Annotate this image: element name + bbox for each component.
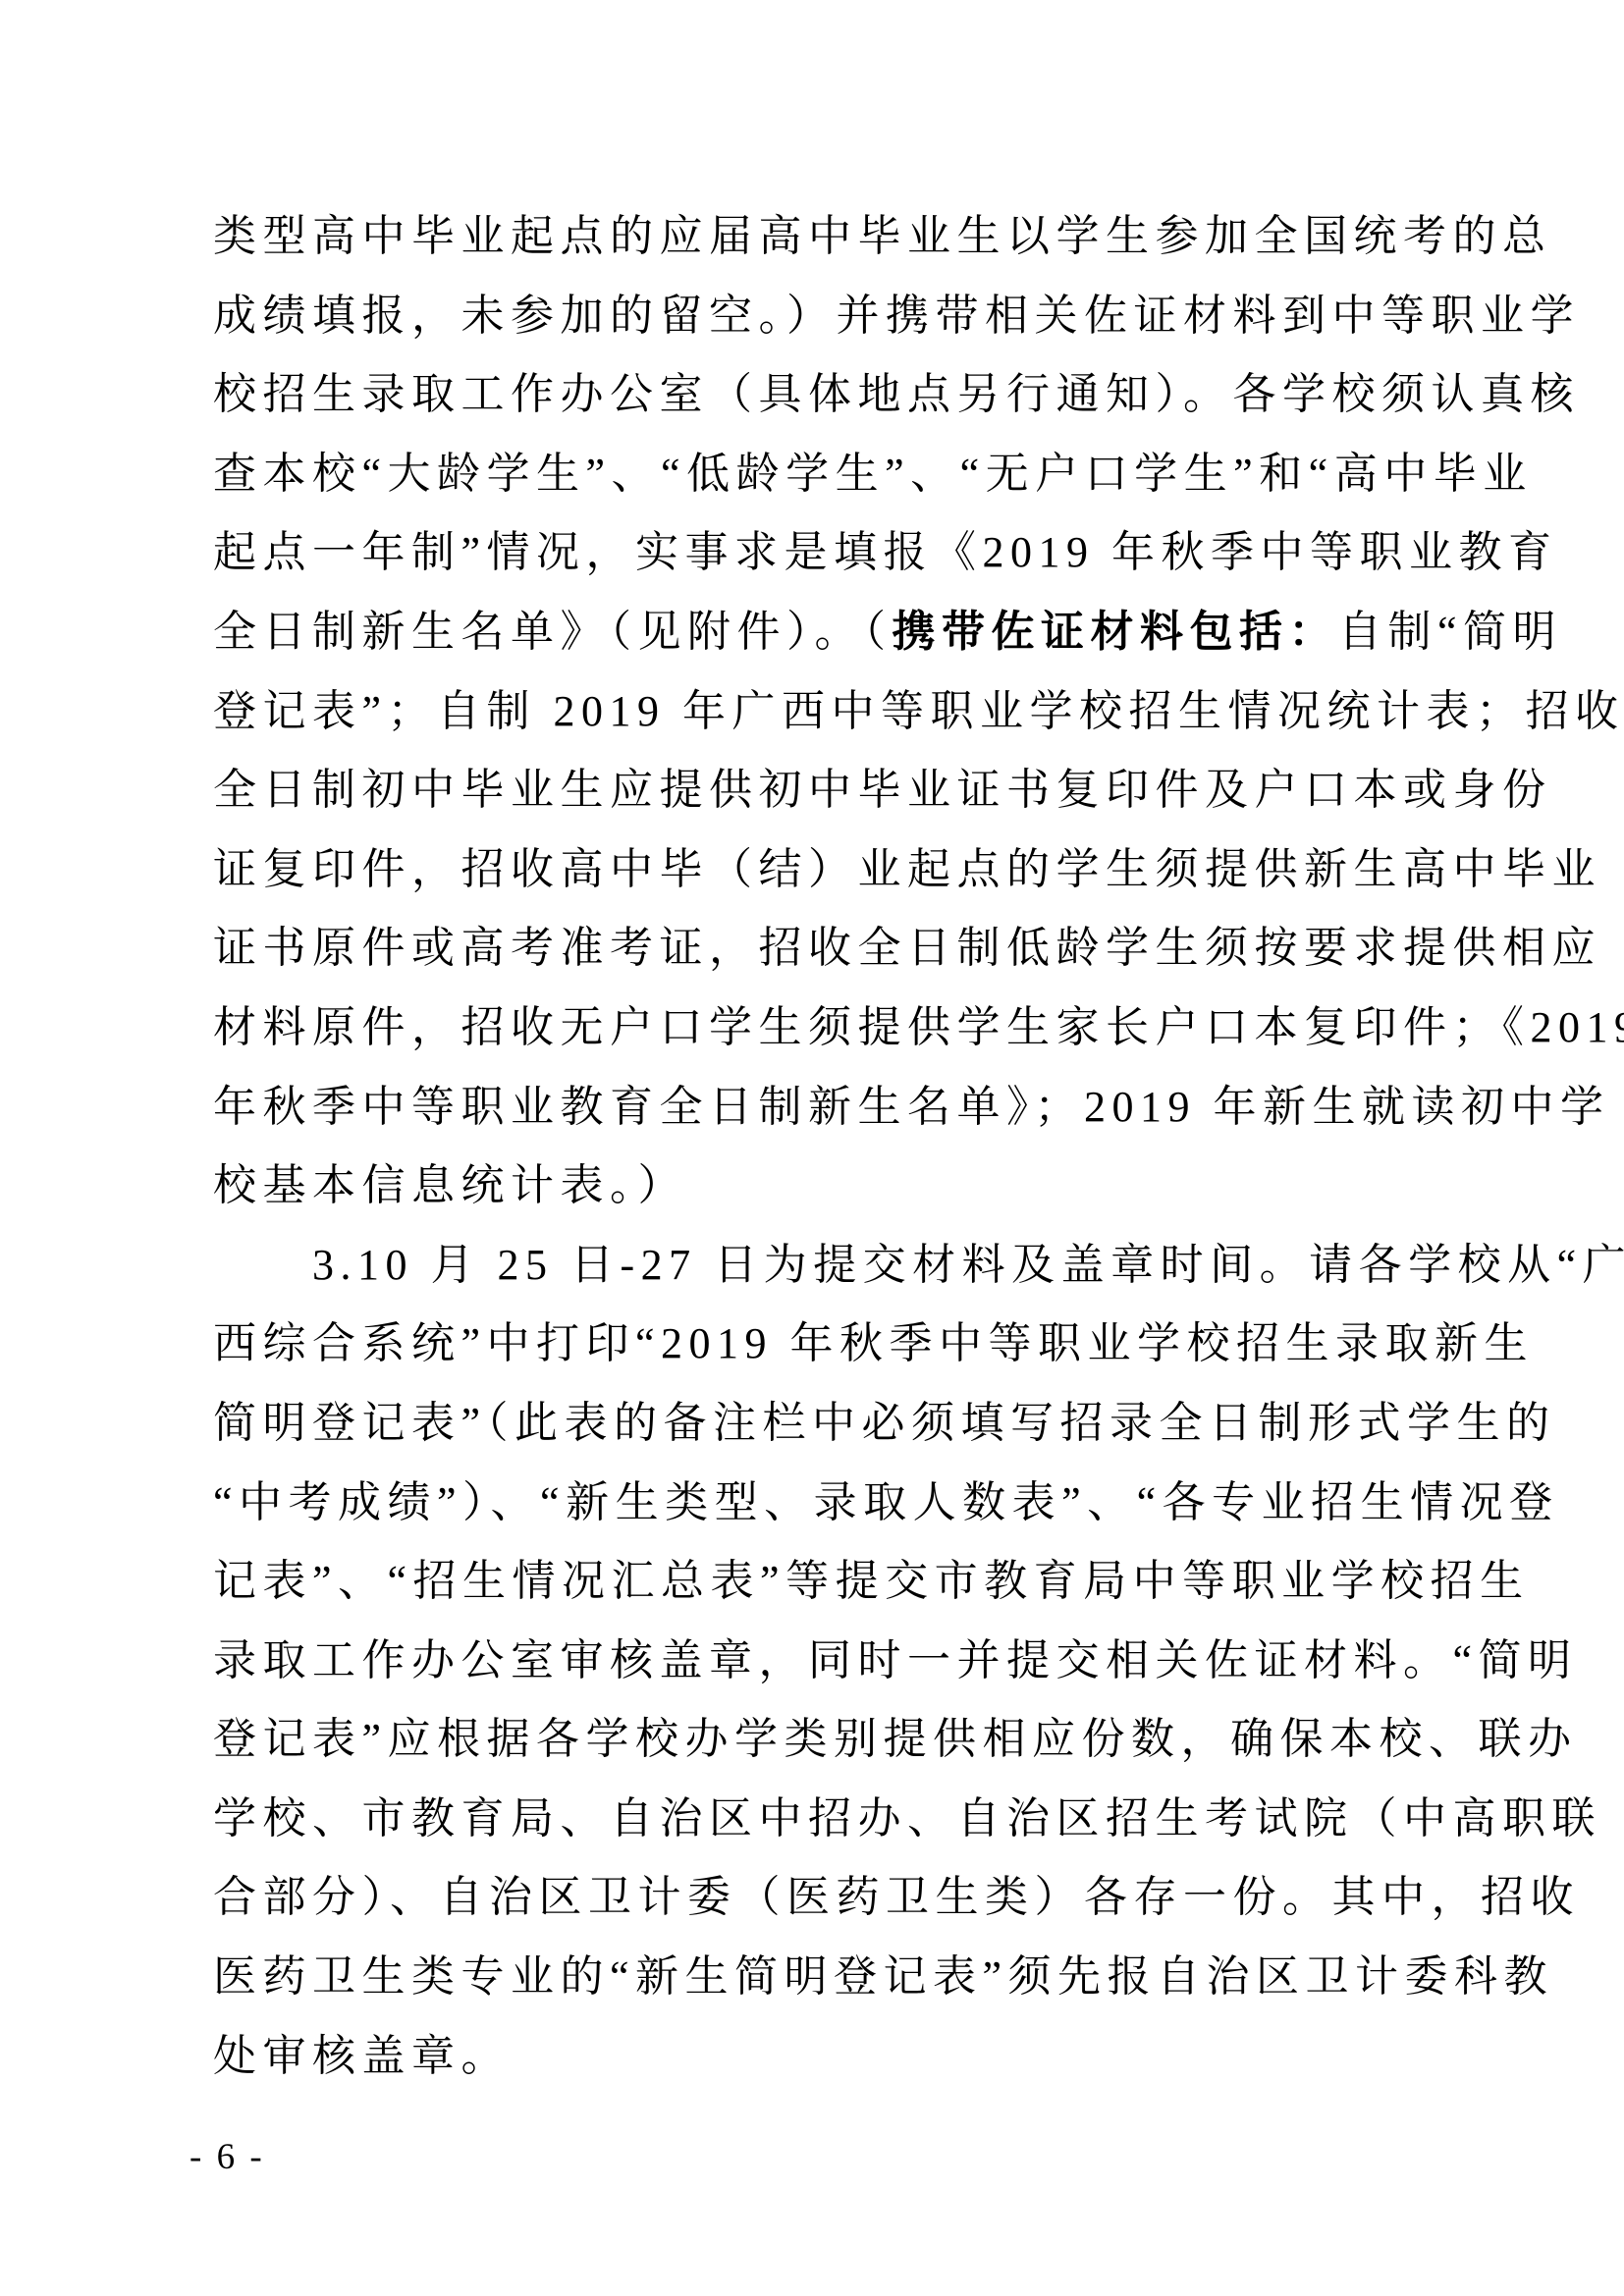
text-line: 登记表”应根据各学校办学类别提供相应份数，确保本校、联办: [213, 1700, 1411, 1780]
text-line: 西综合系统”中打印“2019 年秋季中等职业学校招生录取新生: [213, 1305, 1411, 1384]
text-segment: 全日制新生名单》（见附件）。（: [213, 608, 893, 656]
text-line: 查本校“大龄学生”、“低龄学生”、“无户口学生”和“高中毕业: [213, 435, 1411, 514]
text-line: 合部分）、自治区卫计委（医药卫生类）各存一份。其中，招收: [213, 1858, 1411, 1938]
text-line: 证复印件，招收高中毕（结）业起点的学生须提供新生高中毕业: [213, 830, 1411, 910]
text-line: “中考成绩”）、“新生类型、录取人数表”、“各专业招生情况登: [213, 1464, 1411, 1543]
text-line: 类型高中毕业起点的应届高中毕业生以学生参加全国统考的总: [213, 197, 1411, 277]
text-line: 录取工作办公室审核盖章，同时一并提交相关佐证材料。“简明: [213, 1622, 1411, 1701]
text-line: 证书原件或高考准考证，招收全日制低龄学生须按要求提供相应: [213, 909, 1411, 988]
text-segment: 自制“简明: [1338, 608, 1562, 656]
text-line: 校基本信息统计表。）: [213, 1147, 1411, 1226]
bold-text-segment: 携带佐证材料包括：: [893, 608, 1339, 656]
text-line: 简明登记表”（此表的备注栏中必须填写招录全日制形式学生的: [213, 1384, 1411, 1464]
text-line: 材料原件，招收无户口学生须提供学生家长户口本复印件；《2019: [213, 988, 1411, 1068]
text-line: 起点一年制”情况，实事求是填报《2019 年秋季中等职业教育: [213, 513, 1411, 593]
text-line: 学校、市教育局、自治区中招办、自治区招生考试院（中高职联: [213, 1780, 1411, 1859]
text-line: 登记表”；自制 2019 年广西中等职业学校招生情况统计表；招收: [213, 672, 1411, 752]
document-body: 类型高中毕业起点的应届高中毕业生以学生参加全国统考的总 成绩填报，未参加的留空。…: [213, 197, 1411, 2096]
text-line: 处审核盖章。: [213, 2017, 1411, 2097]
text-line-with-bold: 全日制新生名单》（见附件）。（携带佐证材料包括：自制“简明: [213, 593, 1411, 672]
text-line: 记表”、“招生情况汇总表”等提交市教育局中等职业学校招生: [213, 1542, 1411, 1622]
text-line: 全日制初中毕业生应提供初中毕业证书复印件及户口本或身份: [213, 751, 1411, 830]
page-number: - 6 -: [189, 2136, 265, 2178]
text-line: 成绩填报，未参加的留空。）并携带相关佐证材料到中等职业学: [213, 277, 1411, 356]
text-line: 年秋季中等职业教育全日制新生名单》；2019 年新生就读初中学: [213, 1068, 1411, 1148]
text-line: 校招生录取工作办公室（具体地点另行通知）。各学校须认真核: [213, 355, 1411, 435]
text-line-paragraph-start: 3.10 月 25 日-27 日为提交材料及盖章时间。请各学校从“广: [213, 1226, 1411, 1306]
document-page: 类型高中毕业起点的应届高中毕业生以学生参加全国统考的总 成绩填报，未参加的留空。…: [0, 0, 1624, 2296]
text-line: 医药卫生类专业的“新生简明登记表”须先报自治区卫计委科教: [213, 1938, 1411, 2017]
